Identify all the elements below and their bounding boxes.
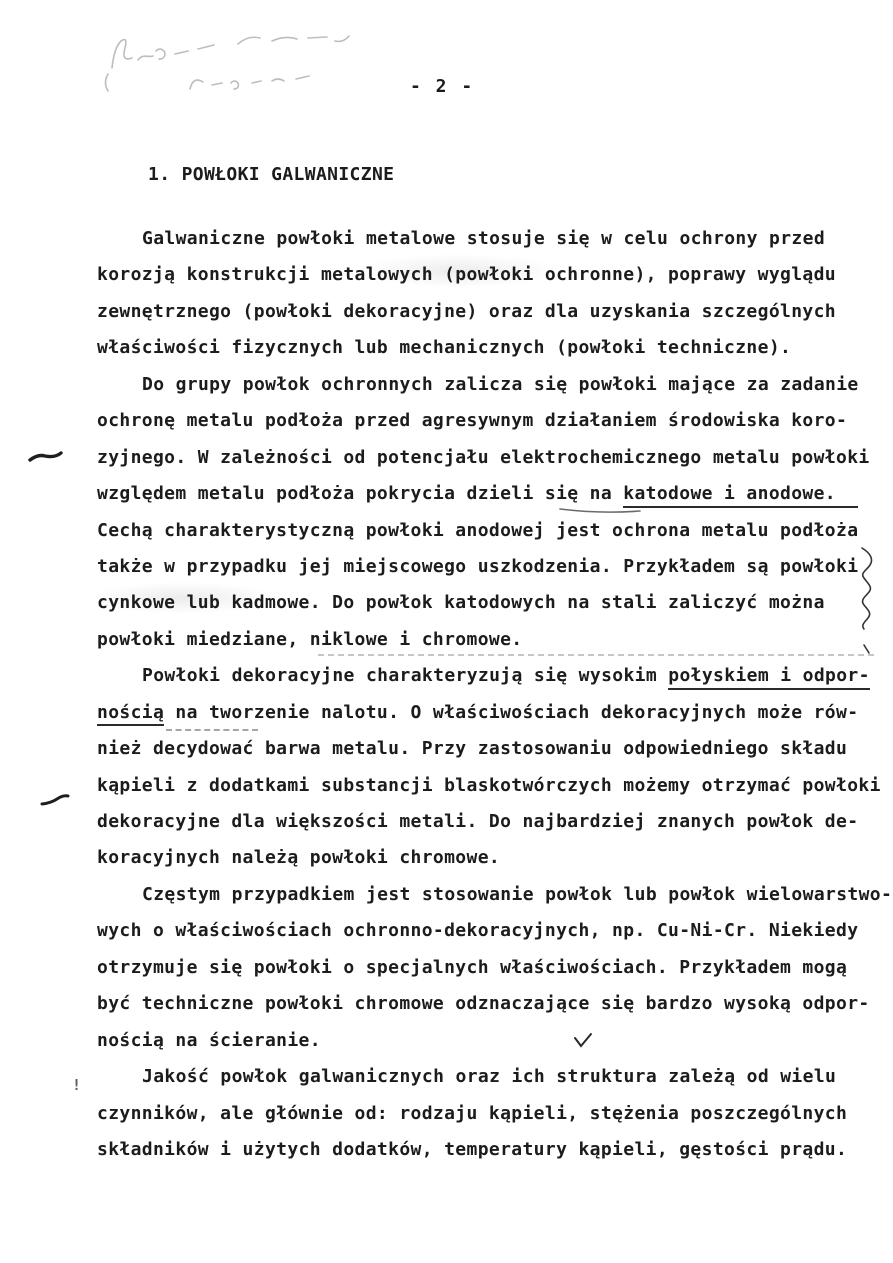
text-line: Powłoki dekoracyjne charakteryzują się w… bbox=[97, 658, 887, 694]
underlined-text: nością bbox=[97, 702, 164, 727]
text-line: czynników, ale głównie od: rodzaju kąpie… bbox=[97, 1096, 887, 1132]
text-line: wych o właściwościach ochronno-dekoracyj… bbox=[97, 913, 887, 949]
text-line: Częstym przypadkiem jest stosowanie powł… bbox=[97, 877, 887, 913]
text-line: koracyjnych należą powłoki chromowe. bbox=[97, 840, 887, 876]
underlined-text: katodowe i anodowe. bbox=[623, 483, 858, 508]
underlined-text: połyskiem i odpor- bbox=[668, 665, 870, 690]
section-heading: 1. POWŁOKI GALWANICZNE bbox=[148, 164, 394, 185]
text-line: Cechą charakterystyczną powłoki anodowej… bbox=[97, 513, 887, 549]
text-line: nością na tworzenie nalotu. O właściwośc… bbox=[97, 695, 887, 731]
text-line: dekoracyjne dla większości metali. Do na… bbox=[97, 804, 887, 840]
text-line: nież decydować barwa metalu. Przy zastos… bbox=[97, 731, 887, 767]
text-line: względem metalu podłoża pokrycia dzieli … bbox=[97, 476, 887, 512]
text-line: zyjnego. W zależności od potencjału elek… bbox=[97, 440, 887, 476]
text-segment: Powłoki dekoracyjne charakteryzują się w… bbox=[142, 665, 668, 686]
margin-exclamation-mark: ! bbox=[72, 1076, 81, 1094]
margin-dash-mark-icon bbox=[30, 453, 61, 460]
text-line: także w przypadku jej miejscowego uszkod… bbox=[97, 549, 887, 585]
text-line: być techniczne powłoki chromowe odznacza… bbox=[97, 986, 887, 1022]
text-line: cynkowe lub kadmowe. Do powłok katodowyc… bbox=[97, 585, 887, 621]
text-segment: względem metalu podłoża pokrycia dzieli … bbox=[97, 483, 623, 504]
text-line: właściwości fizycznych lub mechanicznych… bbox=[97, 330, 887, 366]
text-line: powłoki miedziane, niklowe i chromowe. bbox=[97, 622, 887, 658]
text-line: kąpieli z dodatkami substancji blaskotwó… bbox=[97, 768, 887, 804]
text-line: otrzymuje się powłoki o specjalnych właś… bbox=[97, 950, 887, 986]
margin-dash-mark-icon bbox=[42, 796, 68, 804]
text-line: nością na ścieranie. bbox=[97, 1023, 887, 1059]
text-line: ochronę metalu podłoża przed agresywnym … bbox=[97, 403, 887, 439]
text-line: korozją konstrukcji metalowych (powłoki … bbox=[97, 257, 887, 293]
pencil-scribble-icon bbox=[106, 36, 350, 91]
page-number: - 2 - bbox=[410, 76, 474, 97]
text-line: Jakość powłok galwanicznych oraz ich str… bbox=[97, 1059, 887, 1095]
text-line: składników i użytych dodatków, temperatu… bbox=[97, 1132, 887, 1168]
text-segment: na tworzenie nalotu. O właściwościach de… bbox=[164, 702, 858, 723]
body-text: Galwaniczne powłoki metalowe stosuje się… bbox=[97, 221, 887, 1168]
text-line: zewnętrznego (powłoki dekoracyjne) oraz … bbox=[97, 294, 887, 330]
text-line: Do grupy powłok ochronnych zalicza się p… bbox=[97, 367, 887, 403]
text-line: Galwaniczne powłoki metalowe stosuje się… bbox=[97, 221, 887, 257]
scanned-document-page: - 2 - ! 1. POWŁOKI GALWANICZNE Galwanicz… bbox=[0, 0, 893, 1263]
